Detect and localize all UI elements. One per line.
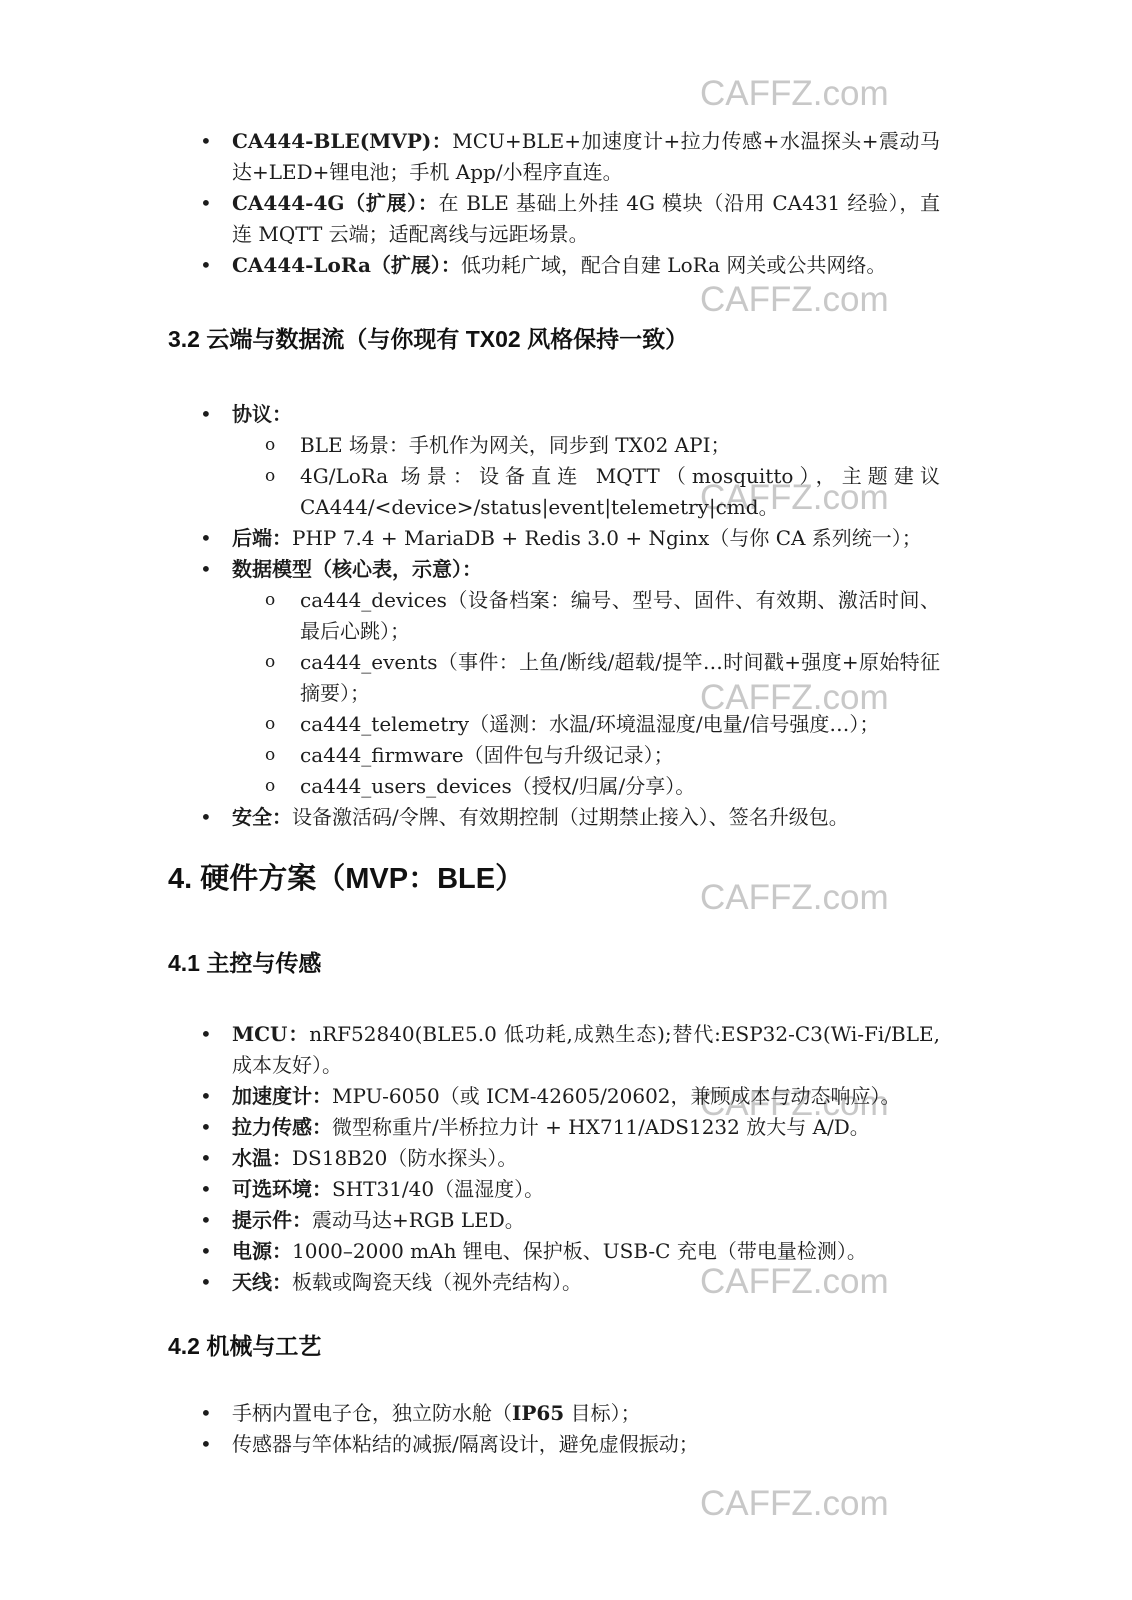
list-item-text: 加速度计：MPU-6050（或 ICM-42605/20602，兼顾成本与动态响… [232,1081,940,1112]
list-item: • CA444-BLE(MVP)：MCU+BLE+加速度计+拉力传感+水温探头+… [168,126,940,188]
item-emphasis: IP65 [512,1401,564,1425]
sub-list-item: o ca444_users_devices（授权/归属/分享）。 [168,771,940,802]
item-label: 数据模型（核心表，示意）： [232,557,482,581]
sub-item-text: 4G/LoRa 场景：设备直连 MQTT（mosquitto），主题建议 CA4… [300,461,940,523]
list-item: • 数据模型（核心表，示意）： [168,554,940,585]
watermark: CAFFZ.com [700,1486,889,1522]
bullet-icon: • [200,126,220,157]
list-item: • 安全：设备激活码/令牌、有效期控制（过期禁止接入）、签名升级包。 [168,802,940,833]
list-item-text: MCU：nRF52840(BLE5.0 低功耗,成熟生态);替代:ESP32-C… [232,1019,940,1081]
list-item: • 后端：PHP 7.4 + MariaDB + Redis 3.0 + Ngi… [168,523,940,554]
sub-item-text: ca444_firmware（固件包与升级记录）； [300,740,940,771]
circle-bullet-icon: o [265,461,285,492]
list-item: • 可选环境：SHT31/40（温湿度）。 [168,1174,940,1205]
bullet-icon: • [200,399,220,430]
list-item-text: 安全：设备激活码/令牌、有效期控制（过期禁止接入）、签名升级包。 [232,802,940,833]
list-item-text: 电源：1000–2000 mAh 锂电、保护板、USB-C 充电（带电量检测）。 [232,1236,940,1267]
section-heading-4-2: 4.2 机械与工艺 [168,1328,940,1364]
item-label: 加速度计： [232,1084,332,1108]
list-item: • 协议： [168,399,940,430]
item-label: 安全： [232,805,292,829]
list-item: • 电源：1000–2000 mAh 锂电、保护板、USB-C 充电（带电量检测… [168,1236,940,1267]
item-label: 提示件： [232,1208,312,1232]
item-text: 手柄内置电子仓，独立防水舱（ [232,1401,512,1425]
list-item-text: 协议： [232,399,940,430]
circle-bullet-icon: o [265,740,285,771]
list-item-text: 数据模型（核心表，示意）： [232,554,940,585]
circle-bullet-icon: o [265,585,285,616]
bullet-icon: • [200,1267,220,1298]
bullet-icon: • [200,523,220,554]
bullet-icon: • [200,250,220,281]
item-label: 协议： [232,402,292,426]
list-item: • CA444-LoRa（扩展）：低功耗广域，配合自建 LoRa 网关或公共网络… [168,250,940,281]
sub-list-item: o ca444_events（事件：上鱼/断线/超载/提竿…时间戳+强度+原始特… [168,647,940,709]
circle-bullet-icon: o [265,430,285,461]
item-label: 拉力传感： [232,1115,332,1139]
item-label: 可选环境： [232,1177,332,1201]
bullet-icon: • [200,1019,220,1050]
item-text: SHT31/40（温湿度）。 [332,1177,544,1201]
sub-list-item: o ca444_firmware（固件包与升级记录）； [168,740,940,771]
item-text: MPU-6050（或 ICM-42605/20602，兼顾成本与动态响应）。 [332,1084,901,1108]
bullet-icon: • [200,1398,220,1429]
product-variant-list: • CA444-BLE(MVP)：MCU+BLE+加速度计+拉力传感+水温探头+… [168,126,940,281]
cloud-dataflow-list: • 协议： o BLE 场景：手机作为网关，同步到 TX02 API； o 4G… [168,399,940,833]
sub-list-item: o 4G/LoRa 场景：设备直连 MQTT（mosquitto），主题建议 C… [168,461,940,523]
sub-item-text: ca444_users_devices（授权/归属/分享）。 [300,771,940,802]
item-label: 后端： [232,526,292,550]
circle-bullet-icon: o [265,647,285,678]
sub-list-item: o BLE 场景：手机作为网关，同步到 TX02 API； [168,430,940,461]
list-item-text: CA444-4G（扩展）：在 BLE 基础上外挂 4G 模块（沿用 CA431 … [232,188,940,250]
list-item: • 提示件：震动马达+RGB LED。 [168,1205,940,1236]
item-text: 1000–2000 mAh 锂电、保护板、USB-C 充电（带电量检测）。 [292,1239,867,1263]
bullet-icon: • [200,1205,220,1236]
section-heading-4: 4. 硬件方案（MVP：BLE） [168,857,940,901]
item-label: CA444-BLE(MVP)： [232,129,452,153]
item-text: PHP 7.4 + MariaDB + Redis 3.0 + Nginx（与你… [292,526,922,550]
bullet-icon: • [200,188,220,219]
document-page: CAFFZ.com CAFFZ.com CAFFZ.com CAFFZ.com … [0,0,1132,1600]
bullet-icon: • [200,1236,220,1267]
mechanical-list: • 手柄内置电子仓，独立防水舱（IP65 目标）； • 传感器与竿体粘结的减振/… [168,1398,940,1460]
list-item: • 水温：DS18B20（防水探头）。 [168,1143,940,1174]
circle-bullet-icon: o [265,709,285,740]
section-heading-4-1: 4.1 主控与传感 [168,945,940,981]
item-text: 设备激活码/令牌、有效期控制（过期禁止接入）、签名升级包。 [292,805,849,829]
section-heading-3-2: 3.2 云端与数据流（与你现有 TX02 风格保持一致） [168,321,940,357]
list-item: • CA444-4G（扩展）：在 BLE 基础上外挂 4G 模块（沿用 CA43… [168,188,940,250]
sub-item-text: ca444_telemetry（遥测：水温/环境温湿度/电量/信号强度…）； [300,709,940,740]
sub-item-text: ca444_events（事件：上鱼/断线/超载/提竿…时间戳+强度+原始特征摘… [300,647,940,709]
list-item-text: 手柄内置电子仓，独立防水舱（IP65 目标）； [232,1398,940,1429]
list-item: • 传感器与竿体粘结的减振/隔离设计，避免虚假振动； [168,1429,940,1460]
list-item-text: 提示件：震动马达+RGB LED。 [232,1205,940,1236]
item-label: CA444-4G（扩展）： [232,191,439,215]
item-label: 天线： [232,1270,292,1294]
item-label: 电源： [232,1239,292,1263]
bullet-icon: • [200,1081,220,1112]
item-text: 传感器与竿体粘结的减振/隔离设计，避免虚假振动； [232,1432,699,1456]
list-item-text: 天线：板载或陶瓷天线（视外壳结构）。 [232,1267,940,1298]
item-text: 震动马达+RGB LED。 [312,1208,525,1232]
list-item: • 手柄内置电子仓，独立防水舱（IP65 目标）； [168,1398,940,1429]
list-item-text: CA444-BLE(MVP)：MCU+BLE+加速度计+拉力传感+水温探头+震动… [232,126,940,188]
mcu-sensor-list: • MCU：nRF52840(BLE5.0 低功耗,成熟生态);替代:ESP32… [168,1019,940,1298]
list-item: • 拉力传感：微型称重片/半桥拉力计 + HX711/ADS1232 放大与 A… [168,1112,940,1143]
list-item-text: 可选环境：SHT31/40（温湿度）。 [232,1174,940,1205]
item-label: CA444-LoRa（扩展）： [232,253,461,277]
item-text: nRF52840(BLE5.0 低功耗,成熟生态);替代:ESP32-C3(Wi… [232,1022,940,1077]
bullet-icon: • [200,1112,220,1143]
sub-list-item: o ca444_telemetry（遥测：水温/环境温湿度/电量/信号强度…）； [168,709,940,740]
bullet-icon: • [200,1429,220,1460]
list-item-text: 水温：DS18B20（防水探头）。 [232,1143,940,1174]
list-item-text: 传感器与竿体粘结的减振/隔离设计，避免虚假振动； [232,1429,940,1460]
list-item: • 天线：板载或陶瓷天线（视外壳结构）。 [168,1267,940,1298]
circle-bullet-icon: o [265,771,285,802]
item-text: DS18B20（防水探头）。 [292,1146,517,1170]
bullet-icon: • [200,802,220,833]
item-label: 水温： [232,1146,292,1170]
list-item-text: 拉力传感：微型称重片/半桥拉力计 + HX711/ADS1232 放大与 A/D… [232,1112,940,1143]
list-item: • 加速度计：MPU-6050（或 ICM-42605/20602，兼顾成本与动… [168,1081,940,1112]
item-text: 板载或陶瓷天线（视外壳结构）。 [292,1270,582,1294]
item-text: 低功耗广域，配合自建 LoRa 网关或公共网络。 [461,253,886,277]
sub-item-text: BLE 场景：手机作为网关，同步到 TX02 API； [300,430,940,461]
page-content: • CA444-BLE(MVP)：MCU+BLE+加速度计+拉力传感+水温探头+… [168,0,940,1460]
bullet-icon: • [200,1174,220,1205]
list-item: • MCU：nRF52840(BLE5.0 低功耗,成熟生态);替代:ESP32… [168,1019,940,1081]
list-item-text: 后端：PHP 7.4 + MariaDB + Redis 3.0 + Nginx… [232,523,940,554]
item-text: 目标）； [564,1401,640,1425]
bullet-icon: • [200,1143,220,1174]
item-text: 微型称重片/半桥拉力计 + HX711/ADS1232 放大与 A/D。 [332,1115,870,1139]
list-item-text: CA444-LoRa（扩展）：低功耗广域，配合自建 LoRa 网关或公共网络。 [232,250,940,281]
sub-list-item: o ca444_devices（设备档案：编号、型号、固件、有效期、激活时间、最… [168,585,940,647]
item-label: MCU： [232,1022,309,1046]
bullet-icon: • [200,554,220,585]
sub-item-text: ca444_devices（设备档案：编号、型号、固件、有效期、激活时间、最后心… [300,585,940,647]
